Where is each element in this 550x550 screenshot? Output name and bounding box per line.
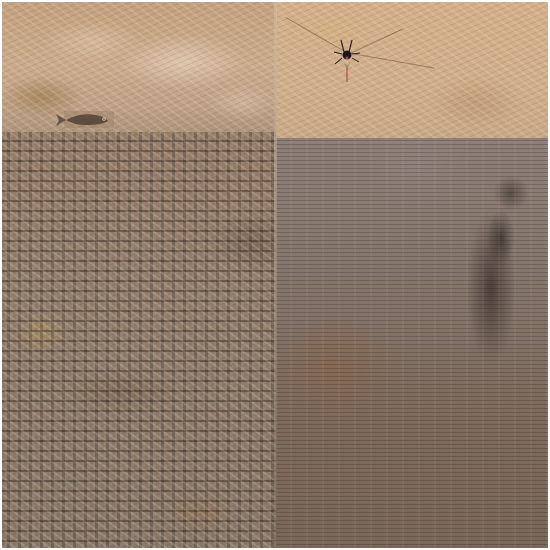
left-panel bbox=[2, 2, 276, 548]
artwork-diptych bbox=[0, 0, 550, 550]
left-panel-plaster-band bbox=[2, 2, 276, 142]
right-panel-ochre-band bbox=[276, 2, 548, 142]
right-panel bbox=[276, 2, 548, 548]
fish-icon bbox=[54, 110, 116, 130]
right-panel-text-lines bbox=[276, 138, 548, 548]
spider-icon bbox=[332, 38, 362, 84]
left-panel-text-field bbox=[2, 132, 276, 548]
panel-seam bbox=[274, 2, 277, 548]
